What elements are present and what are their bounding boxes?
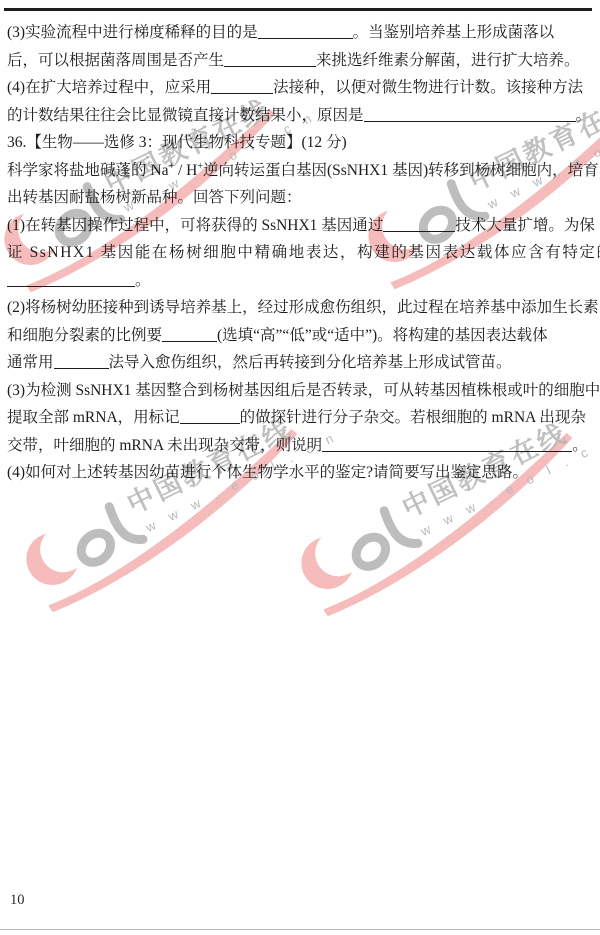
answer-blank <box>258 24 353 40</box>
text-segment: 证 SsNHX1 基因能在杨树细胞中精确地表达，构建的基因表达载体应含有特定的 <box>7 244 600 261</box>
text-segment: (3)为检测 SsNHX1 基因整合到杨树基因组后是否转录，可从转基因植株根或叶… <box>7 382 600 399</box>
text-line: 出转基因耐盐杨树新品种。回答下列问题： <box>7 184 593 212</box>
text-line: 的计数结果往往会比显微镜直接计数结果小，原因是。 <box>7 102 593 130</box>
text-segment: 。 <box>576 107 592 124</box>
text-segment: 法导入愈伤组织，然后再转接到分化培养基上形成试管苗。 <box>109 354 512 371</box>
text-segment: (1)在转基因操作过程中，可将获得的 SsNHX1 基因通过 <box>7 217 383 234</box>
page-number: 10 <box>10 892 25 909</box>
text-segment: 科学家将盐地碱蓬的 Na <box>7 162 168 179</box>
exam-page: 中国教育在线 w w w . e o l . c n 中国教育在线 w w w … <box>0 0 600 935</box>
text-segment: (3)实验流程中进行梯度稀释的目的是 <box>7 24 258 41</box>
document-lines: (3)实验流程中进行梯度稀释的目的是。当鉴别培养基上形成菌落以后，可以根据菌落周… <box>7 19 593 487</box>
text-segment: 的计数结果往往会比显微镜直接计数结果小，原因是 <box>7 107 364 124</box>
text-segment: (2)将杨树幼胚接种到诱导培养基上，经过形成愈伤组织，此过程在培养基中添加生长素 <box>7 299 599 316</box>
text-line: (3)为检测 SsNHX1 基因整合到杨树基因组后是否转录，可从转基因植株根或叶… <box>7 377 593 405</box>
text-segment: 技术大量扩增。为保 <box>455 217 595 234</box>
text-line: 和细胞分裂素的比例要(选填“高”“低”或“适中”)。将构建的基因表达载体 <box>7 322 593 350</box>
text-segment: 36.【生物——选修 3：现代生物科技专题】(12 分) <box>7 134 347 151</box>
text-line: (2)将杨树幼胚接种到诱导培养基上，经过形成愈伤组织，此过程在培养基中添加生长素 <box>7 294 593 322</box>
answer-blank <box>383 216 455 232</box>
text-segment: 通常用 <box>7 354 54 371</box>
text-line: (4)如何对上述转基因幼苗进行个体生物学水平的鉴定?请简要写出鉴定思路。 <box>7 459 593 487</box>
text-line: (4)在扩大培养过程中，应采用法接种，以便对微生物进行计数。该接种方法 <box>7 74 593 102</box>
answer-blank <box>54 354 109 370</box>
answer-blank <box>364 106 576 122</box>
text-segment: (4)在扩大培养过程中，应采用 <box>7 79 211 96</box>
text-segment: 法接种，以便对微生物进行计数。该接种方法 <box>273 79 583 96</box>
answer-blank <box>180 409 240 425</box>
text-segment: 来挑选纤维素分解菌，进行扩大培养。 <box>316 52 580 69</box>
text-line: 后，可以根据菌落周围是否产生来挑选纤维素分解菌，进行扩大培养。 <box>7 47 593 75</box>
text-line: 36.【生物——选修 3：现代生物科技专题】(12 分) <box>7 129 593 157</box>
text-segment: 的做探针进行分子杂交。若根细胞的 mRNA 出现杂 <box>240 409 586 426</box>
answer-blank <box>322 436 572 452</box>
text-segment: 交带，叶细胞的 mRNA 未出现杂交带，则说明 <box>7 437 322 454</box>
answer-blank <box>224 51 316 67</box>
bottom-divider-rule <box>0 929 600 930</box>
text-segment: 出转基因耐盐杨树新品种。回答下列问题： <box>7 189 302 206</box>
answer-blank <box>211 79 273 95</box>
answer-blank <box>7 271 135 287</box>
text-line: 交带，叶细胞的 mRNA 未出现杂交带，则说明。 <box>7 432 593 460</box>
text-segment: 提取全部 mRNA，用标记 <box>7 409 180 426</box>
text-segment: (4)如何对上述转基因幼苗进行个体生物学水平的鉴定?请简要写出鉴定思路。 <box>7 464 528 481</box>
text-segment: 逆向转运蛋白基因(SsNHX1 基因)转移到杨树细胞内，培育 <box>203 162 599 179</box>
text-line: (1)在转基因操作过程中，可将获得的 SsNHX1 基因通过技术大量扩增。为保 <box>7 212 593 240</box>
text-line: 提取全部 mRNA，用标记的做探针进行分子杂交。若根细胞的 mRNA 出现杂 <box>7 404 593 432</box>
text-segment: 。 <box>135 272 151 289</box>
text-line: 通常用法导入愈伤组织，然后再转接到分化培养基上形成试管苗。 <box>7 349 593 377</box>
text-line: 。 <box>7 267 593 295</box>
text-segment: 后，可以根据菌落周围是否产生 <box>7 52 224 69</box>
text-segment: 。当鉴别培养基上形成菌落以 <box>353 24 555 41</box>
top-divider-rule <box>4 8 592 11</box>
text-line: 证 SsNHX1 基因能在杨树细胞中精确地表达，构建的基因表达载体应含有特定的 <box>7 239 593 267</box>
answer-blank <box>162 326 217 342</box>
text-segment: 。 <box>572 437 588 454</box>
text-segment: (选填“高”“低”或“适中”)。将构建的基因表达载体 <box>217 327 548 344</box>
text-line: 科学家将盐地碱蓬的 Na+ / H+逆向转运蛋白基因(SsNHX1 基因)转移到… <box>7 157 593 185</box>
text-line: (3)实验流程中进行梯度稀释的目的是。当鉴别培养基上形成菌落以 <box>7 19 593 47</box>
text-segment: / H <box>174 162 197 179</box>
text-segment: 和细胞分裂素的比例要 <box>7 327 162 344</box>
